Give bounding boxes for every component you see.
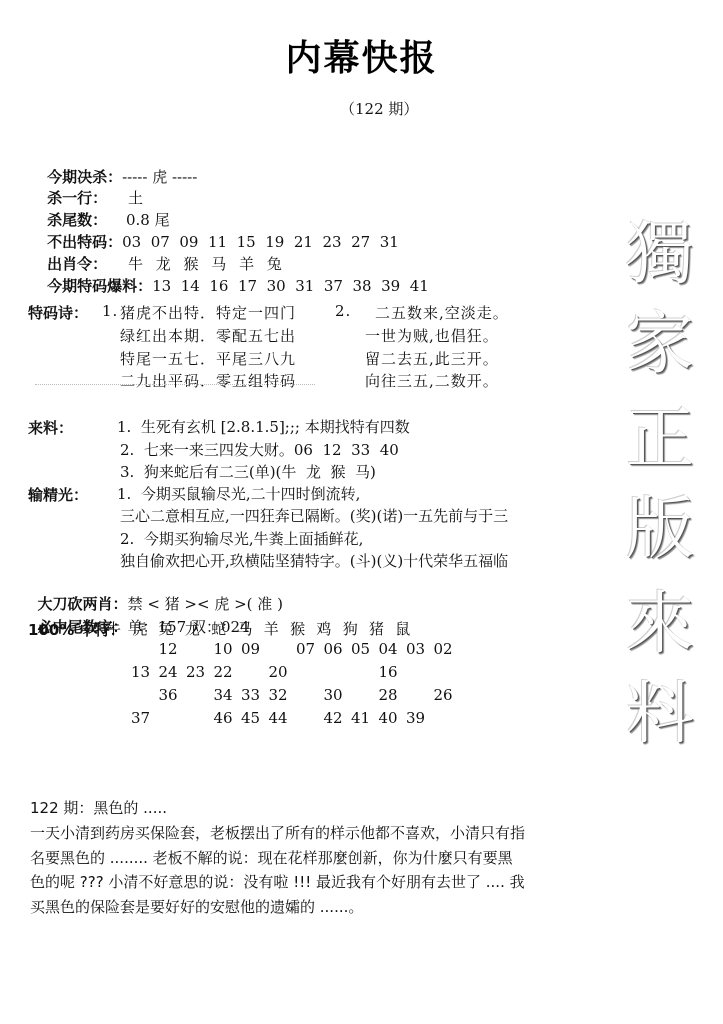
zodiac-number-cell: 06 (324, 640, 343, 658)
zodiac-header-cell: 兔 (159, 619, 174, 639)
story-line: 名要黑色的 ........ 老板不解的说：现在花样那麼创新，你为什麼只有要黑 (30, 846, 513, 871)
poem-number-2: 2. (335, 302, 351, 320)
zodiac-number-cell: 16 (379, 663, 398, 681)
zodiac-number-cell: 24 (159, 663, 178, 681)
poem-line: 向往三五,二数开。 (365, 370, 499, 391)
source-item: 3. 狗来蛇后有二三(单)(牛 龙 猴 马) (120, 462, 376, 482)
summary-label: 今期特码爆料： (47, 277, 152, 295)
zodiac-number-cell: 10 (214, 640, 233, 658)
banner-char: 獨 (610, 210, 710, 300)
zodiac-number-cell: 41 (351, 709, 370, 727)
zodiac-number-cell: 20 (269, 663, 288, 681)
banner-char: 料 (610, 670, 710, 760)
zodiac-number-cell: 33 (241, 686, 260, 704)
zodiac-header-cell: 羊 (264, 619, 279, 639)
zodiac-number-cell: 22 (214, 663, 233, 681)
zodiac-number-cell: 23 (186, 663, 205, 681)
summary-value: 03 07 09 11 15 19 21 23 27 31 (122, 233, 399, 251)
lose-all-line: 2. 今期买狗输尽光,牛粪上面插鲜花, (120, 529, 363, 549)
lose-all-line: 1. 今期买鼠输尽光,二十四时倒流转, (117, 484, 360, 504)
zodiac-number-cell: 44 (269, 709, 288, 727)
poem-line: 一世为贼,也倡狂。 (365, 325, 499, 346)
zodiac-number-cell: 30 (324, 686, 343, 704)
zodiac-number-cell: 42 (324, 709, 343, 727)
zodiac-header-cell: 马 (238, 619, 253, 639)
zodiac-number-cell: 37 (131, 709, 150, 727)
source-item: 1. 生死有玄机 [2.8.1.5];;; 本期找特有四数 (117, 417, 410, 437)
zodiac-number-cell: 04 (379, 640, 398, 658)
poem-line: 绿红出本期．零配五七出 (120, 325, 296, 346)
zodiac-number-cell: 34 (214, 686, 233, 704)
zodiac-header-cell: 狗 (343, 619, 358, 639)
zodiac-header-cell: 猴 (290, 619, 305, 639)
page-title: 内幕快报 (0, 30, 723, 81)
zodiac-number-cell: 39 (406, 709, 425, 727)
poem-line: 特尾一五七．平尾三八九 (120, 348, 296, 369)
zodiac-number-cell: 03 (406, 640, 425, 658)
summary-value: 13 14 16 17 30 31 37 38 39 41 (152, 277, 429, 295)
banner-char: 來 (610, 580, 710, 670)
poem-number-1: 1. (102, 302, 118, 320)
zodiac-header-cell: 虎 (132, 619, 147, 639)
source-item: 2. 七来一来三四发大财。06 12 33 40 (120, 440, 399, 460)
banner-char: 正 (610, 395, 710, 485)
zodiac-number-cell: 07 (296, 640, 315, 658)
zodiac-number-cell: 45 (241, 709, 260, 727)
zodiac-number-cell: 28 (379, 686, 398, 704)
zodiac-number-cell: 13 (131, 663, 150, 681)
zodiac-header-cell: 鸡 (316, 619, 331, 639)
story-line: 买黑色的保险套是要好好的安慰他的遗孀的 ......。 (30, 895, 363, 920)
zodiac-header-cell: 鼠 (395, 619, 410, 639)
story-title: 122 期：黑色的 ..... (30, 796, 167, 821)
story-line: 色的呢 ??? 小清不好意思的说：没有啦 !!! 最近我有个好朋有去世了 ...… (30, 870, 525, 895)
zodiac-number-cell: 05 (351, 640, 370, 658)
poem-line: 二五数来,空淡走。 (375, 302, 509, 323)
zodiac-number-cell: 12 (159, 640, 178, 658)
zodiac-number-cell: 26 (434, 686, 453, 704)
banner-char: 版 (610, 485, 710, 575)
banner-char: 家 (610, 300, 710, 390)
story-line: 一天小清到药房买保险套，老板摆出了所有的样示他都不喜欢，小清只有指 (30, 821, 525, 846)
source-label: 来料： (28, 417, 73, 438)
zodiac-number-cell: 40 (379, 709, 398, 727)
zodiac-header-cell: 蛇 (211, 619, 226, 639)
zodiac-number-cell: 02 (434, 640, 453, 658)
dotted-divider (35, 384, 315, 385)
zodiac-header-cell: 牛 (106, 619, 121, 639)
summary-value: 土 (128, 188, 143, 208)
poem-line: 猪虎不出特．特定一四门 (120, 302, 296, 323)
zodiac-header-cell: 猪 (369, 619, 384, 639)
zodiac-number-cell: 32 (269, 686, 288, 704)
lose-all-line: 三心二意相互应,一四狂奔已隔断。(奖)(诺)一五先前与于三 (120, 506, 508, 526)
zodiac-number-cell: 36 (159, 686, 178, 704)
poem-line: 留二去五,此三开。 (365, 348, 499, 369)
zodiac-header-cell: 龙 (185, 619, 200, 639)
zodiac-number-cell: 46 (214, 709, 233, 727)
poem-label: 特码诗： (28, 302, 88, 323)
poem-line: 二九出平码．零五组特码 (120, 370, 296, 391)
summary-value: ----- 虎 ----- (122, 168, 197, 186)
issue-number: （122 期） (340, 98, 418, 119)
lose-all-line: 独自偷欢把心开,玖横陆坚猜特字。(斗)(义)十代荣华五福临 (120, 551, 508, 571)
lose-all-label: 输精光： (28, 484, 88, 505)
zodiac-number-cell: 09 (241, 640, 260, 658)
